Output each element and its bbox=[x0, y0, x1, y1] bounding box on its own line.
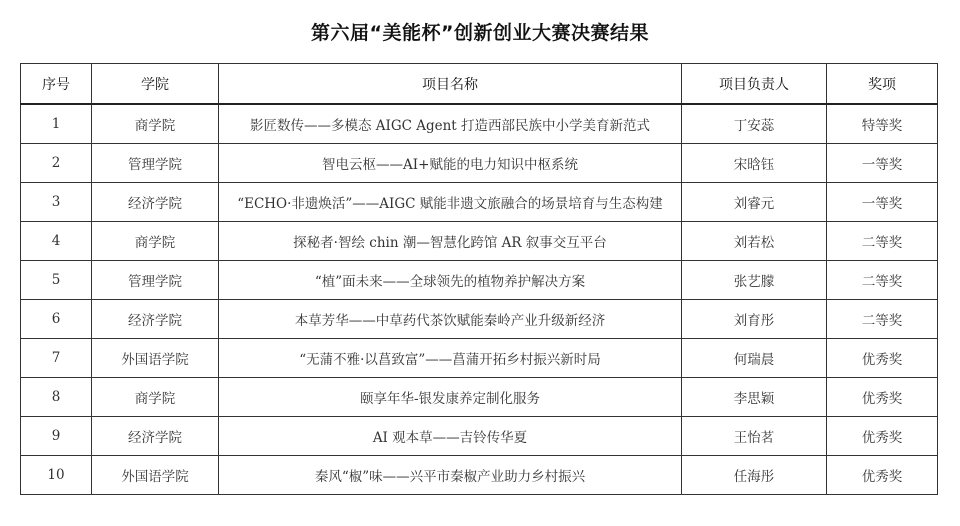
cell-award: 二等奖 bbox=[827, 300, 938, 339]
cell-project: 本草芳华——中草药代茶饮赋能秦岭产业升级新经济 bbox=[219, 300, 682, 339]
cell-award: 特等奖 bbox=[827, 104, 938, 144]
cell-award: 二等奖 bbox=[827, 261, 938, 300]
cell-no: 7 bbox=[21, 339, 92, 378]
cell-no: 10 bbox=[21, 456, 92, 495]
table-row: 1 商学院 影匠数传——多模态 AIGC Agent 打造西部民族中小学美育新范… bbox=[21, 104, 938, 144]
table-header-row: 序号 学院 项目名称 项目负责人 奖项 bbox=[21, 64, 938, 105]
cell-project: AI 观本草——吉铃传华夏 bbox=[219, 417, 682, 456]
results-table: 序号 学院 项目名称 项目负责人 奖项 1 商学院 影匠数传——多模态 AIGC… bbox=[20, 63, 938, 495]
table-row: 7 外国语学院 “无蒲不雅·以菖致富”——菖蒲开拓乡村振兴新时局 何瑞晨 优秀奖 bbox=[21, 339, 938, 378]
header-college: 学院 bbox=[92, 64, 219, 105]
cell-project: “无蒲不雅·以菖致富”——菖蒲开拓乡村振兴新时局 bbox=[219, 339, 682, 378]
cell-college: 商学院 bbox=[92, 104, 219, 144]
cell-project: 智电云枢——AI+赋能的电力知识中枢系统 bbox=[219, 144, 682, 183]
cell-college: 经济学院 bbox=[92, 183, 219, 222]
cell-award: 优秀奖 bbox=[827, 456, 938, 495]
table-row: 4 商学院 探秘者·智绘 chin 潮—智慧化跨馆 AR 叙事交互平台 刘若松 … bbox=[21, 222, 938, 261]
cell-no: 1 bbox=[21, 104, 92, 144]
cell-leader: 丁安蕊 bbox=[682, 104, 827, 144]
cell-award: 一等奖 bbox=[827, 183, 938, 222]
cell-project: 探秘者·智绘 chin 潮—智慧化跨馆 AR 叙事交互平台 bbox=[219, 222, 682, 261]
cell-no: 4 bbox=[21, 222, 92, 261]
page-title: 第六届“美能杯”创新创业大赛决赛结果 bbox=[0, 18, 960, 45]
cell-no: 3 bbox=[21, 183, 92, 222]
cell-award: 二等奖 bbox=[827, 222, 938, 261]
header-project: 项目名称 bbox=[219, 64, 682, 105]
cell-leader: 何瑞晨 bbox=[682, 339, 827, 378]
table-row: 2 管理学院 智电云枢——AI+赋能的电力知识中枢系统 宋晗钰 一等奖 bbox=[21, 144, 938, 183]
cell-project: “ECHO·非遗焕活”——AIGC 赋能非遗文旅融合的场景培育与生态构建 bbox=[219, 183, 682, 222]
cell-college: 管理学院 bbox=[92, 261, 219, 300]
cell-no: 2 bbox=[21, 144, 92, 183]
cell-leader: 张艺朦 bbox=[682, 261, 827, 300]
cell-award: 一等奖 bbox=[827, 144, 938, 183]
cell-project: “植”面未来——全球领先的植物养护解决方案 bbox=[219, 261, 682, 300]
cell-project: 影匠数传——多模态 AIGC Agent 打造西部民族中小学美育新范式 bbox=[219, 104, 682, 144]
cell-college: 经济学院 bbox=[92, 417, 219, 456]
cell-project: 颐享年华-银发康养定制化服务 bbox=[219, 378, 682, 417]
table-row: 5 管理学院 “植”面未来——全球领先的植物养护解决方案 张艺朦 二等奖 bbox=[21, 261, 938, 300]
table-row: 9 经济学院 AI 观本草——吉铃传华夏 王怡茗 优秀奖 bbox=[21, 417, 938, 456]
cell-award: 优秀奖 bbox=[827, 339, 938, 378]
cell-college: 商学院 bbox=[92, 378, 219, 417]
cell-leader: 刘睿元 bbox=[682, 183, 827, 222]
header-leader: 项目负责人 bbox=[682, 64, 827, 105]
cell-no: 6 bbox=[21, 300, 92, 339]
cell-leader: 宋晗钰 bbox=[682, 144, 827, 183]
cell-no: 8 bbox=[21, 378, 92, 417]
cell-no: 9 bbox=[21, 417, 92, 456]
header-no: 序号 bbox=[21, 64, 92, 105]
table-row: 10 外国语学院 秦风“椒”味——兴平市秦椒产业助力乡村振兴 任海彤 优秀奖 bbox=[21, 456, 938, 495]
table-row: 6 经济学院 本草芳华——中草药代茶饮赋能秦岭产业升级新经济 刘育彤 二等奖 bbox=[21, 300, 938, 339]
table-row: 3 经济学院 “ECHO·非遗焕活”——AIGC 赋能非遗文旅融合的场景培育与生… bbox=[21, 183, 938, 222]
cell-leader: 王怡茗 bbox=[682, 417, 827, 456]
cell-leader: 李思颖 bbox=[682, 378, 827, 417]
table-row: 8 商学院 颐享年华-银发康养定制化服务 李思颖 优秀奖 bbox=[21, 378, 938, 417]
cell-college: 经济学院 bbox=[92, 300, 219, 339]
cell-college: 外国语学院 bbox=[92, 339, 219, 378]
cell-college: 管理学院 bbox=[92, 144, 219, 183]
cell-award: 优秀奖 bbox=[827, 417, 938, 456]
cell-no: 5 bbox=[21, 261, 92, 300]
cell-award: 优秀奖 bbox=[827, 378, 938, 417]
cell-leader: 刘若松 bbox=[682, 222, 827, 261]
cell-leader: 任海彤 bbox=[682, 456, 827, 495]
cell-college: 外国语学院 bbox=[92, 456, 219, 495]
cell-college: 商学院 bbox=[92, 222, 219, 261]
cell-leader: 刘育彤 bbox=[682, 300, 827, 339]
header-award: 奖项 bbox=[827, 64, 938, 105]
cell-project: 秦风“椒”味——兴平市秦椒产业助力乡村振兴 bbox=[219, 456, 682, 495]
